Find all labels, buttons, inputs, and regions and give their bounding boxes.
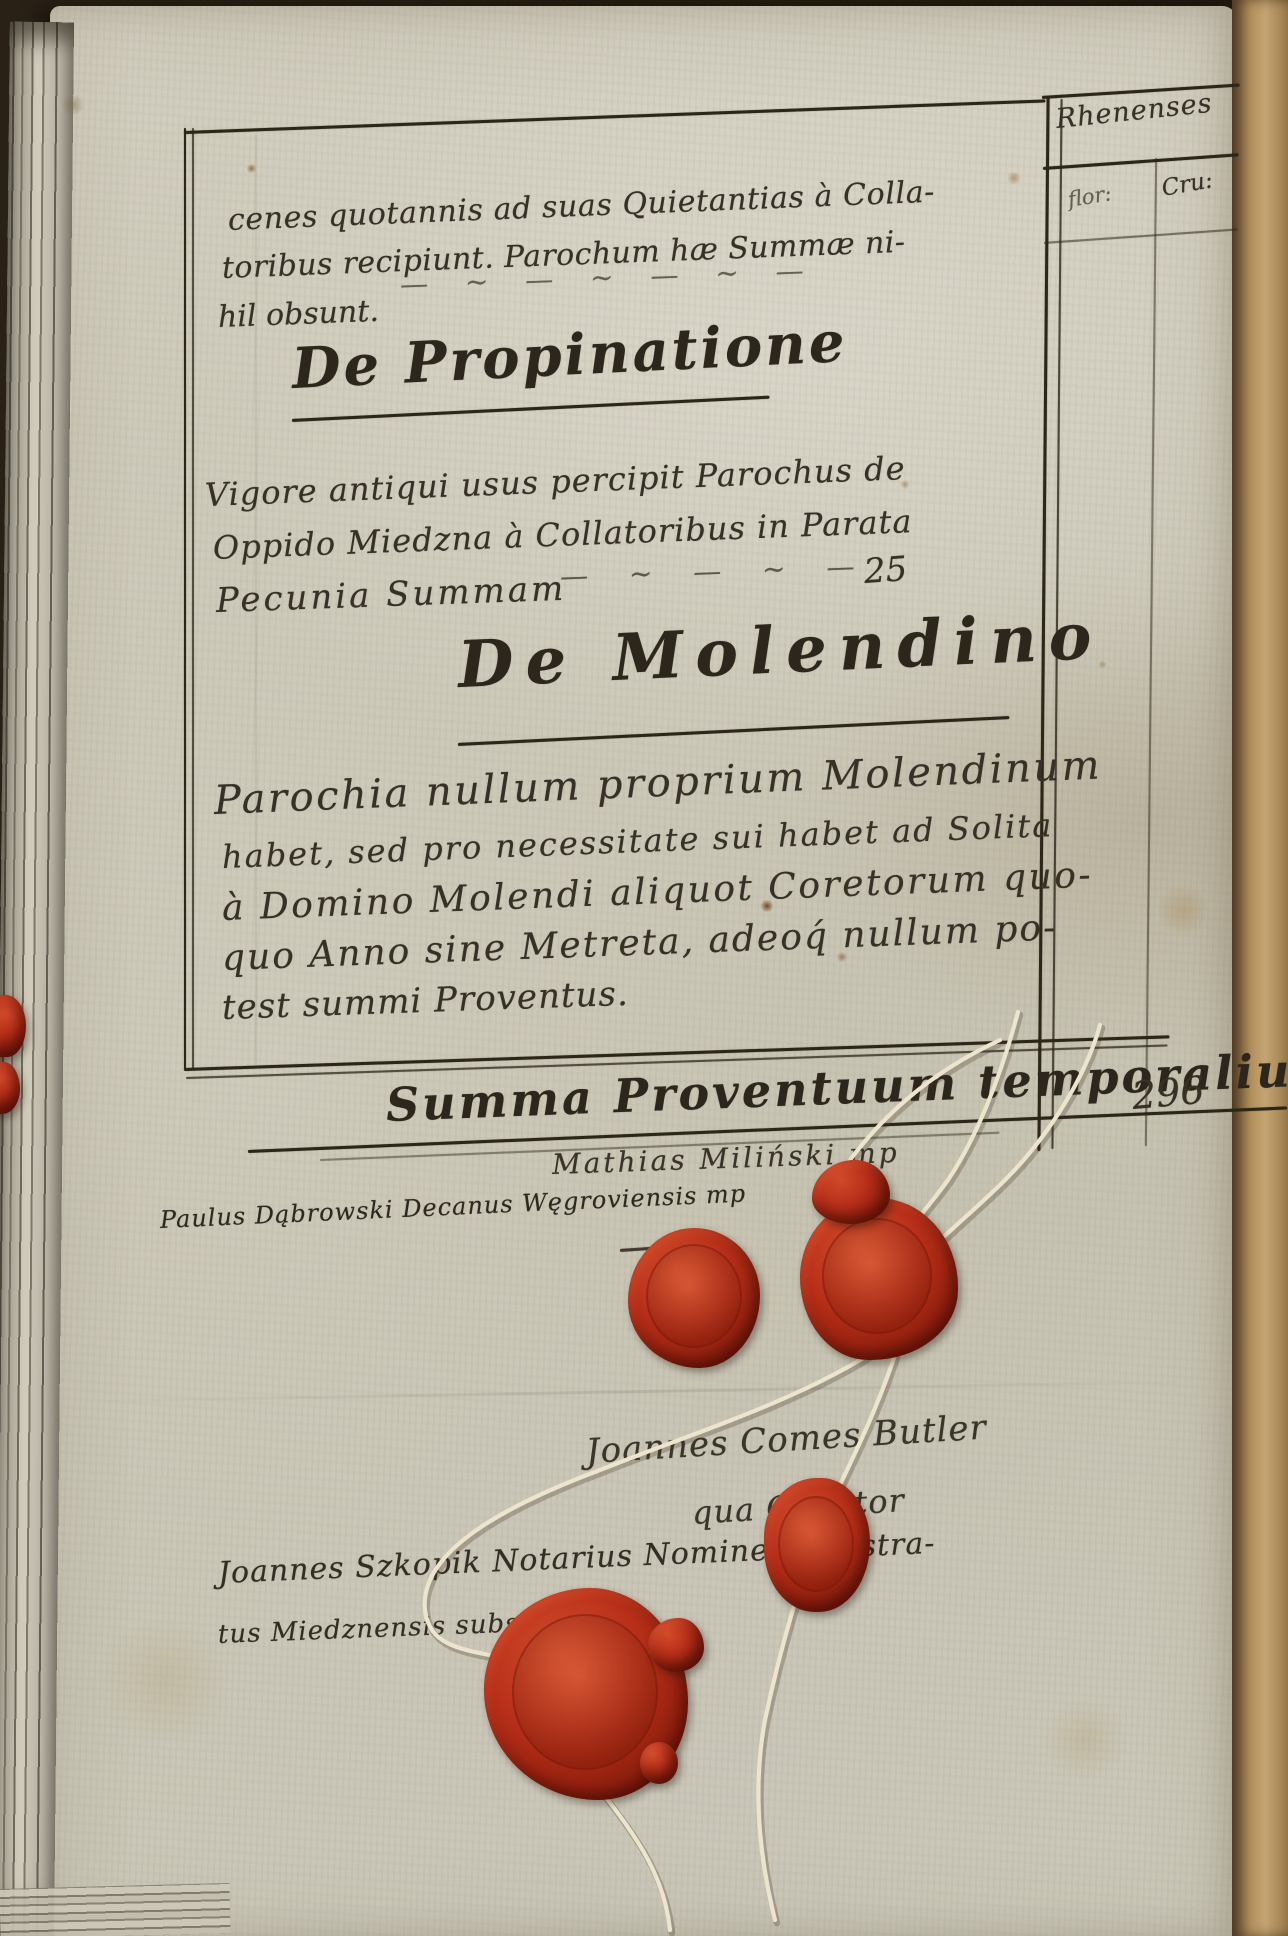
wax-seal-round-left: [628, 1228, 760, 1368]
propinatione-amount: 25: [863, 549, 909, 592]
manuscript-photo: Rhenenses flor: Cru: cenes quotannis ad …: [0, 0, 1288, 1936]
wax-seal-bottom-satellite-1: [648, 1618, 704, 1672]
page-stack-bottom-edge: [0, 1883, 231, 1936]
wax-seal-bottom-satellite-2: [640, 1742, 678, 1784]
frame-left-line-inner: [192, 128, 194, 1070]
wax-seal-right-mid: [764, 1478, 870, 1612]
summa-amount: 296: [1130, 1068, 1206, 1118]
intro-line-3: hil obsunt.: [217, 294, 379, 335]
underlying-page-edge: [1232, 0, 1288, 1936]
